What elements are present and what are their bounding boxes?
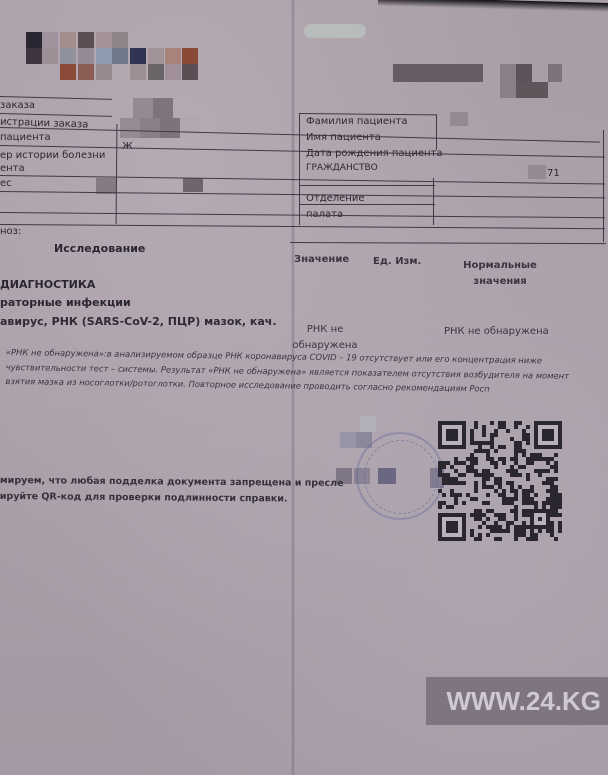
field-label-history: ер истории болезни xyxy=(0,150,105,161)
col-header-unit: Ед. Изм. xyxy=(373,256,421,267)
rule xyxy=(433,178,434,225)
rule xyxy=(116,124,118,224)
field-value-citizenship: 71 xyxy=(547,168,560,179)
diagnosis-label: ноз: xyxy=(0,226,21,237)
document: заказа истрации заказа пациента Ж ер ист… xyxy=(0,0,608,775)
field-label-name: Имя пациента xyxy=(306,132,381,143)
rule xyxy=(0,224,605,229)
field-label-surname: Фамилия пациента xyxy=(306,116,407,127)
rule xyxy=(299,113,300,225)
qr-code-icon[interactable] xyxy=(438,421,562,541)
test-name: авирус, РНК (SARS-CoV-2, ПЦР) мазок, кач… xyxy=(0,315,277,328)
field-label-address: ес xyxy=(0,178,12,189)
stamp-inner-ring xyxy=(364,440,438,514)
field-label-citizenship: ГРАЖДАНСТВО xyxy=(306,163,378,173)
forgery-warning: мируем, что любая подделка документа зап… xyxy=(0,473,344,508)
rule xyxy=(0,212,605,218)
rule xyxy=(603,130,604,242)
rule xyxy=(436,115,437,150)
warning-line-2: ируйте QR-код для проверки подлинности с… xyxy=(0,489,344,508)
rule xyxy=(0,191,605,198)
rule xyxy=(300,204,435,205)
result-note: «РНК не обнаружена»:в анализируемом обра… xyxy=(5,345,596,398)
watermark: WWW.24.KG xyxy=(426,677,608,725)
section-title: ДИАГНОСТИКА xyxy=(0,278,95,291)
col-header-value: Значение xyxy=(294,254,349,265)
field-label-order: заказа xyxy=(0,100,35,111)
subsection-title: раторные инфекции xyxy=(0,296,131,309)
col-header-normal: Нормальные значения xyxy=(460,258,540,290)
field-label-patient: пациента xyxy=(0,132,51,143)
rule xyxy=(300,185,435,186)
col-header-test: Исследование xyxy=(54,242,145,255)
rule xyxy=(0,175,605,184)
test-normal-value: РНК не обнаружена xyxy=(444,326,549,337)
field-label-patient-2: ента xyxy=(0,163,25,174)
rule xyxy=(290,242,606,244)
